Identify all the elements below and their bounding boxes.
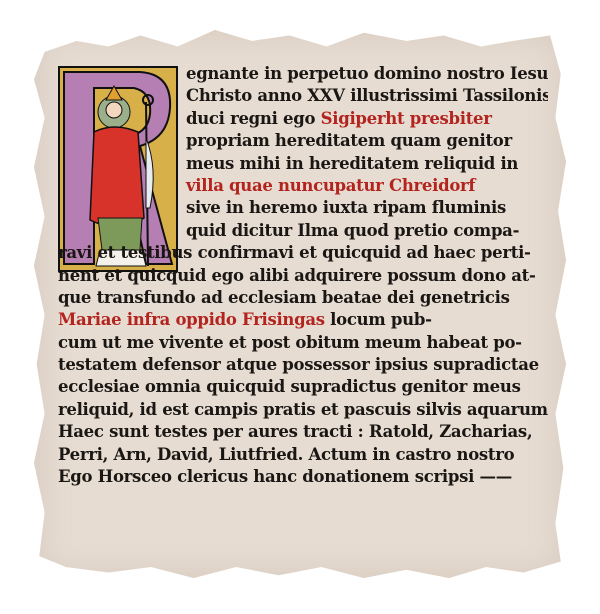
line-text: Ego Horsceo clericus hanc donationem scr… — [58, 467, 474, 486]
text-line: que transfundo ad ecclesiam beatae dei g… — [58, 287, 548, 309]
text-line: egnante in perpetuo domino nostro Iesu — [58, 63, 548, 85]
rubric-mariae-frisingas: Mariae infra oppido Frisingas — [58, 310, 325, 329]
text-line: duci regni ego Sigiperht presbiter — [58, 108, 548, 130]
line-text: ecclesiae omnia quicquid supradictus gen… — [58, 377, 521, 396]
line-text: propriam hereditatem quam genitor — [186, 131, 512, 150]
text-line: cum ut me vivente et post obitum meum ha… — [58, 332, 548, 354]
text-line: propriam hereditatem quam genitor — [58, 130, 548, 152]
line-text: egnante in perpetuo domino nostro Iesu — [186, 64, 548, 83]
text-line: Ego Horsceo clericus hanc donationem scr… — [58, 466, 548, 488]
charter-text: egnante in perpetuo domino nostro Iesu C… — [58, 63, 548, 488]
line-text: duci regni ego — [186, 109, 321, 128]
text-line: Perri, Arn, David, Liutfried. Actum in c… — [58, 444, 548, 466]
line-text: nent et quicquid ego alibi adquirere pos… — [58, 266, 536, 285]
line-text: cum ut me vivente et post obitum meum ha… — [58, 333, 522, 352]
text-line: reliquid, id est campis pratis et pascui… — [58, 399, 548, 421]
text-line-rubric: villa quae nuncupatur Chreidorf — [58, 175, 548, 197]
line-text: Christo anno XXV illustrissimi Tassiloni… — [186, 86, 548, 105]
line-filler-flourish: —— — [474, 467, 512, 486]
line-text: Perri, Arn, David, Liutfried. Actum in c… — [58, 445, 514, 464]
line-text: reliquid, id est campis pratis et pascui… — [58, 400, 548, 419]
text-line: ravi et testibus confirmavi et quicquid … — [58, 242, 548, 264]
line-text: ravi et testibus confirmavi et quicquid … — [58, 243, 531, 262]
line-text: quid dicitur Ilma quod pretio compa- — [186, 221, 519, 240]
text-line: testatem defensor atque possessor ipsius… — [58, 354, 548, 376]
text-line: Christo anno XXV illustrissimi Tassiloni… — [58, 85, 548, 107]
line-text: sive in heremo iuxta ripam fluminis — [186, 198, 506, 217]
line-text: que transfundo ad ecclesiam beatae dei g… — [58, 288, 510, 307]
text-line: nent et quicquid ego alibi adquirere pos… — [58, 265, 548, 287]
text-line: quid dicitur Ilma quod pretio compa- — [58, 220, 548, 242]
text-line: meus mihi in hereditatem reliquid in — [58, 153, 548, 175]
text-line: Haec sunt testes per aures tracti : Rato… — [58, 421, 548, 443]
text-line: ecclesiae omnia quicquid supradictus gen… — [58, 376, 548, 398]
rubric-place-chreidorf: villa quae nuncupatur Chreidorf — [186, 176, 475, 195]
line-text: Haec sunt testes per aures tracti : Rato… — [58, 422, 532, 441]
text-line: Mariae infra oppido Frisingas locum pub- — [58, 309, 548, 331]
line-text: meus mihi in hereditatem reliquid in — [186, 154, 518, 173]
line-text: testatem defensor atque possessor ipsius… — [58, 355, 539, 374]
rubric-name-sigiperht: Sigiperht presbiter — [321, 109, 492, 128]
line-text: locum pub- — [325, 310, 432, 329]
text-line: sive in heremo iuxta ripam fluminis — [58, 197, 548, 219]
